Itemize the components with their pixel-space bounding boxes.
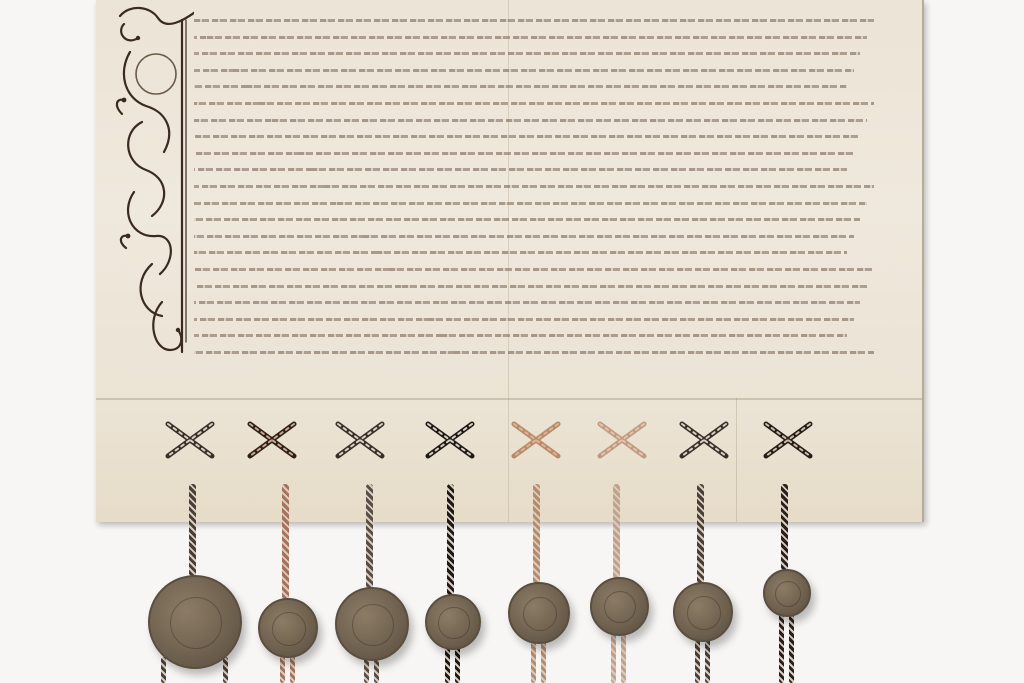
seal-cord bbox=[282, 484, 289, 604]
manuscript-line bbox=[194, 102, 874, 114]
manuscript-line bbox=[194, 185, 874, 197]
manuscript-line bbox=[194, 202, 874, 214]
triple-arch-building-icon bbox=[170, 597, 222, 649]
manuscript-line bbox=[194, 19, 874, 31]
parchment-charter bbox=[96, 0, 924, 522]
seal-cord bbox=[613, 484, 620, 583]
manuscript-line bbox=[194, 135, 874, 147]
cord-cross-stitch-icon bbox=[422, 418, 478, 462]
manuscript-line bbox=[194, 69, 874, 81]
wax-seal-bird bbox=[258, 598, 318, 658]
seal-cord-tail bbox=[223, 657, 228, 683]
manuscript-line bbox=[194, 152, 874, 164]
seal-cord bbox=[189, 484, 196, 581]
cord-cross-stitch-icon bbox=[332, 418, 388, 462]
fold-crease-turnup bbox=[736, 398, 737, 522]
heraldic-figure-icon bbox=[352, 604, 393, 645]
cord-cross-stitch-icon bbox=[244, 418, 300, 462]
manuscript-line bbox=[194, 235, 874, 247]
seal-cord-tail bbox=[161, 657, 166, 683]
manuscript-line bbox=[194, 85, 874, 97]
shield-icon bbox=[687, 596, 720, 629]
manuscript-line bbox=[194, 285, 874, 297]
manuscript-line bbox=[194, 318, 874, 330]
seal-cord bbox=[533, 484, 540, 588]
manuscript-line bbox=[194, 268, 874, 280]
wax-seal-shield bbox=[673, 582, 733, 642]
wax-seal-heraldic-figure bbox=[335, 587, 409, 661]
seal-cord bbox=[447, 484, 454, 600]
shield-icon bbox=[438, 607, 469, 638]
manuscript-line bbox=[194, 52, 874, 64]
manuscript-line bbox=[194, 334, 874, 346]
fold-crease-horizontal bbox=[96, 398, 922, 400]
cord-cross-stitch-icon bbox=[508, 418, 564, 462]
manuscript-text-block bbox=[194, 14, 874, 364]
figure-icon bbox=[523, 597, 557, 631]
seal-cord bbox=[781, 484, 788, 575]
wax-seal-figure bbox=[508, 582, 570, 644]
manuscript-line bbox=[194, 218, 874, 230]
wax-seal-shield bbox=[425, 594, 481, 650]
manuscript-line bbox=[194, 36, 874, 48]
tree-cross-icon bbox=[604, 591, 637, 624]
manuscript-line bbox=[194, 119, 874, 131]
manuscript-line bbox=[194, 301, 874, 313]
figure-icon bbox=[775, 581, 802, 608]
wax-seal-triple-arch-building bbox=[148, 575, 242, 669]
wax-seal-figure bbox=[763, 569, 811, 617]
wax-seal-tree-cross bbox=[590, 577, 649, 636]
seal-cord bbox=[366, 484, 373, 593]
cord-cross-stitch-icon bbox=[162, 418, 218, 462]
cord-cross-stitch-icon bbox=[594, 418, 650, 462]
manuscript-line bbox=[194, 351, 874, 363]
illuminated-initial-icon bbox=[112, 2, 194, 367]
cord-cross-stitch-icon bbox=[760, 418, 816, 462]
cord-cross-stitch-icon bbox=[676, 418, 732, 462]
bird-icon bbox=[272, 612, 305, 645]
manuscript-line bbox=[194, 168, 874, 180]
seal-cord bbox=[697, 484, 704, 588]
manuscript-line bbox=[194, 251, 874, 263]
